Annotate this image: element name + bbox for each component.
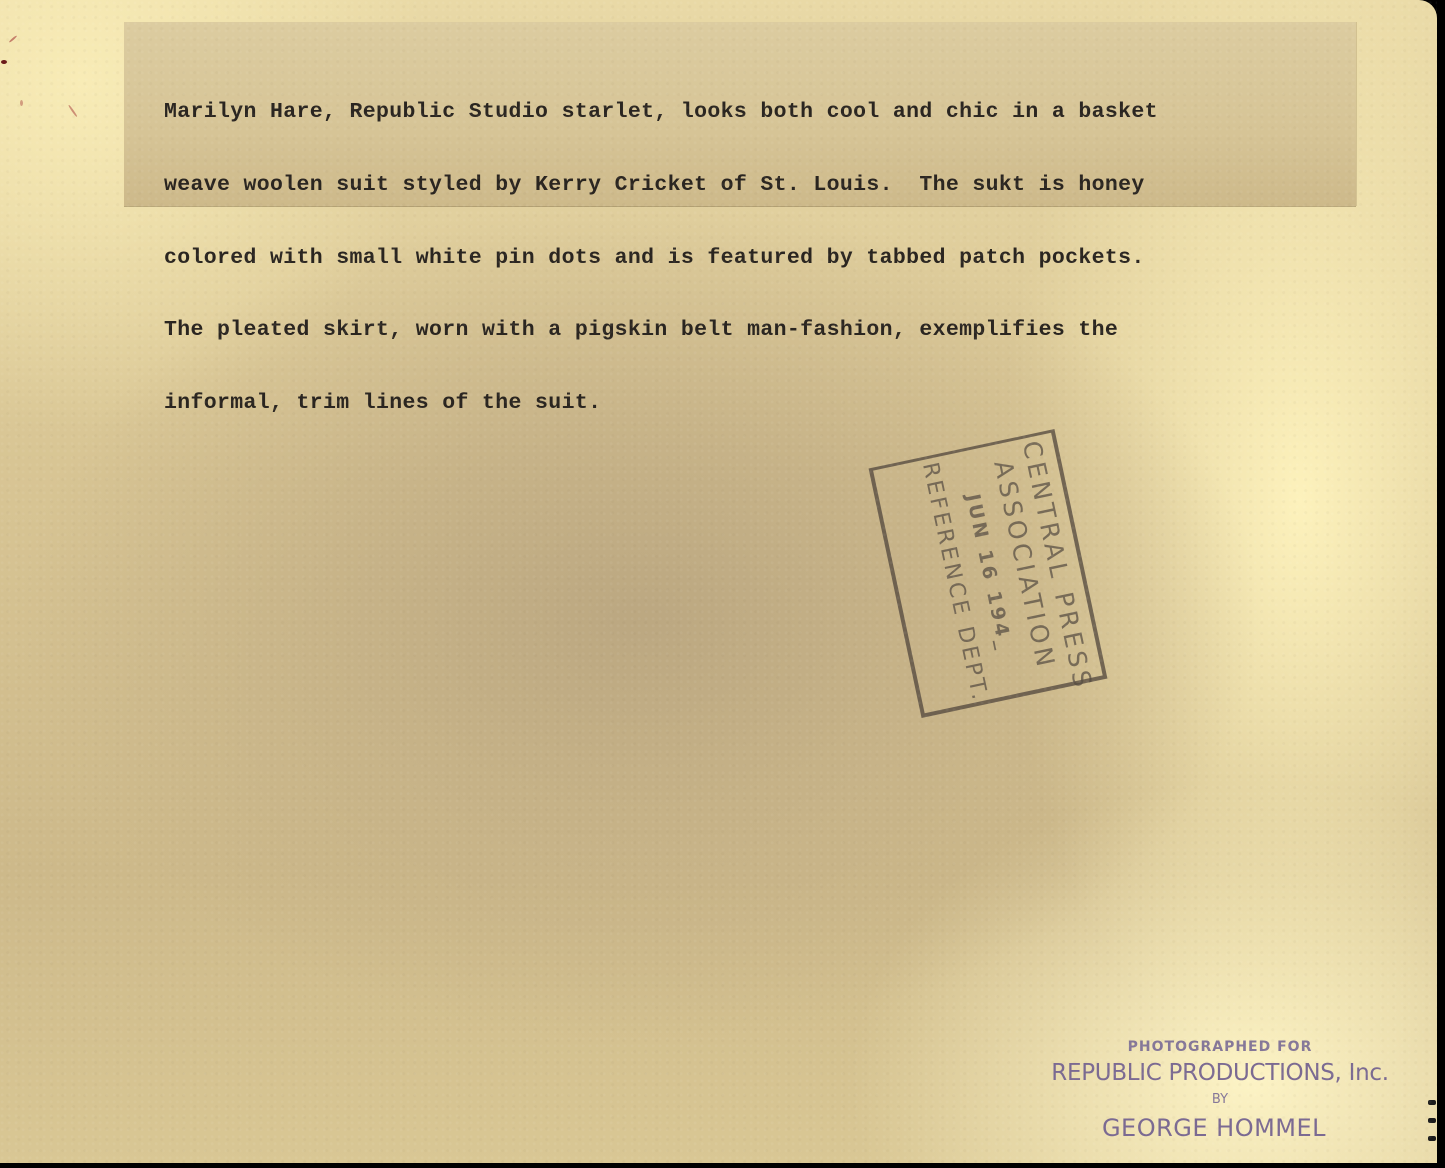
edge-mark	[1428, 1136, 1436, 1141]
archive-stamp-text: CENTRAL PRESS ASSOCIATION JUN 16 194_ RE…	[880, 438, 1096, 708]
credit-by: BY	[1040, 1088, 1400, 1112]
caption-text: Marilyn Hare, Republic Studio starlet, l…	[164, 52, 1158, 463]
ink-spot	[1, 60, 7, 64]
caption-line: informal, trim lines of the suit.	[164, 391, 1158, 415]
caption-slip: Marilyn Hare, Republic Studio starlet, l…	[124, 22, 1356, 206]
credit-photographed-for: PHOTOGRAPHED FOR	[1040, 1036, 1400, 1058]
ink-spot	[9, 35, 18, 43]
credit-photographer: GEORGE HOMMEL	[1028, 1112, 1400, 1144]
caption-line: weave woolen suit styled by Kerry Cricke…	[164, 173, 1158, 197]
credit-company: REPUBLIC PRODUCTIONS, Inc.	[1040, 1058, 1400, 1088]
photo-verso: Marilyn Hare, Republic Studio starlet, l…	[0, 0, 1437, 1163]
caption-line: Marilyn Hare, Republic Studio starlet, l…	[164, 100, 1158, 124]
ink-spot	[68, 105, 77, 117]
caption-line: The pleated skirt, worn with a pigskin b…	[164, 318, 1158, 342]
edge-mark	[1428, 1100, 1436, 1105]
archive-stamp: CENTRAL PRESS ASSOCIATION JUN 16 194_ RE…	[869, 429, 1108, 718]
ink-spot	[20, 100, 23, 106]
edge-mark	[1428, 1118, 1436, 1123]
caption-line: colored with small white pin dots and is…	[164, 246, 1158, 270]
photographer-credit-stamp: PHOTOGRAPHED FOR REPUBLIC PRODUCTIONS, I…	[1040, 1036, 1400, 1144]
